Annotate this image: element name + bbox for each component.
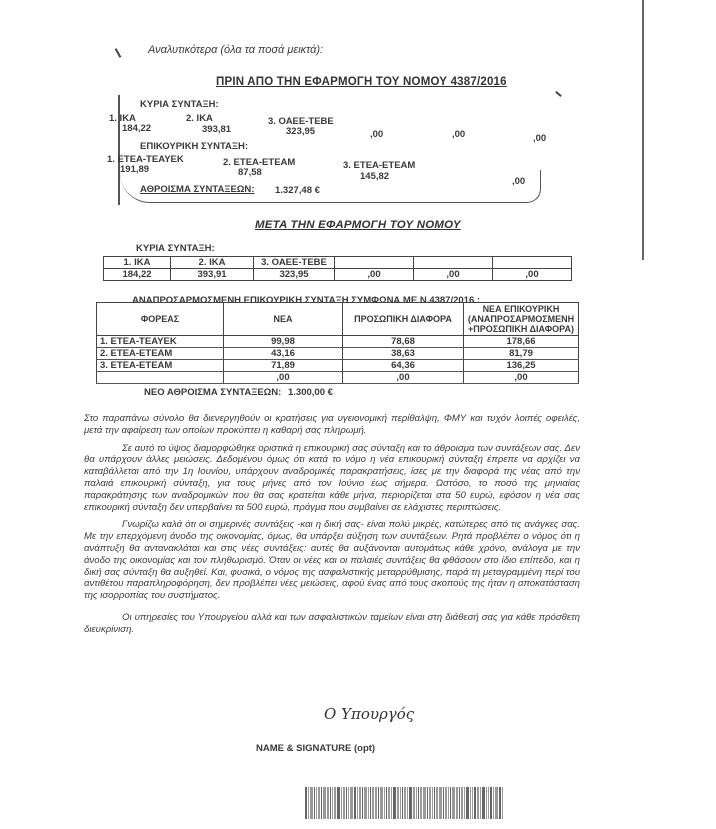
before-total: 1.327,48 €: [275, 185, 320, 196]
main-amount-2: 393,91: [171, 269, 254, 281]
before-main-amount-1: 184,22: [122, 123, 151, 134]
barcode-bar: [380, 787, 383, 819]
barcode: [305, 787, 530, 819]
barcode-bar: [332, 787, 333, 819]
cell-personal-diff: ,00: [343, 372, 464, 384]
barcode-bar: [420, 787, 422, 819]
scan-mark: [115, 48, 122, 58]
new-total: 1.300,00 €: [288, 387, 333, 398]
barcode-bar: [310, 787, 313, 819]
cell-fund: [97, 372, 224, 384]
cell-new-aux: ,00: [464, 372, 579, 384]
main-amount-1: 184,22: [104, 269, 171, 281]
table-row: 2. ΕΤΕΑ-ΕΤΕΑΜ 43,16 38,63 81,79: [97, 348, 579, 360]
barcode-bar: [470, 787, 471, 819]
barcode-bar: [357, 787, 358, 819]
barcode-bar: [402, 787, 403, 819]
before-main-label: ΚΥΡΙΑ ΣΥΝΤΑΞΗ:: [140, 99, 219, 110]
barcode-bar: [409, 787, 412, 819]
barcode-bar: [350, 787, 353, 819]
barcode-bar: [477, 787, 479, 819]
cell-new-aux: 136,25: [464, 360, 579, 372]
main-fund-1: 1. ΙΚΑ: [104, 257, 171, 269]
paragraph-future-increase: Γνωρίζω καλά ότι οι σημερινές συντάξεις …: [84, 519, 580, 602]
paragraph-deductions: Στο παραπάνω σύνολο θα διενεργηθούν οι κ…: [84, 413, 580, 437]
cell-new-aux: 81,79: [464, 348, 579, 360]
barcode-bar: [413, 787, 415, 819]
barcode-bar: [404, 787, 406, 819]
barcode-bar: [488, 787, 489, 819]
before-main-extra-1: ,00: [370, 129, 383, 140]
col-header-fund: ΦΟΡΕΑΣ: [97, 303, 224, 336]
table-row: ,00 ,00 ,00: [97, 372, 579, 384]
barcode-bar: [316, 787, 317, 819]
barcode-bar: [321, 787, 322, 819]
before-main-extra-3: ,00: [533, 133, 546, 144]
barcode-bar: [423, 787, 426, 819]
barcode-bar: [314, 787, 315, 819]
barcode-bar: [474, 787, 476, 819]
paragraph-final-amount: Σε αυτό το ύψος διαμορφώθηκε οριστικά η …: [84, 443, 580, 514]
col-header-personal-diff: ΠΡΟΣΩΠΙΚΗ ΔΙΑΦΟΡΑ: [343, 303, 464, 336]
main-amount-5: ,00: [414, 269, 493, 281]
barcode-bar: [434, 787, 435, 819]
barcode-bar: [305, 787, 307, 819]
barcode-bar: [388, 787, 390, 819]
barcode-bar: [495, 787, 498, 819]
table-row: 3. ΕΤΕΑ-ΕΤΕΑΜ 71,89 64,36 136,25: [97, 360, 579, 372]
cell-personal-diff: 64,36: [343, 360, 464, 372]
barcode-bar: [348, 787, 349, 819]
barcode-bar: [372, 787, 374, 819]
before-total-label: ΑΘΡΟΙΣΜΑ ΣΥΝΤΑΞΕΩΝ:: [140, 184, 254, 195]
before-aux-label: ΕΠΙΚΟΥΡΙΚΗ ΣΥΝΤΑΞΗ:: [140, 141, 248, 152]
barcode-bar: [439, 787, 442, 819]
barcode-bar: [502, 787, 503, 819]
table-row: 1. ΕΤΕΑ-ΤΕΑΥΕΚ 99,98 78,68 178,66: [97, 336, 579, 348]
cell-new-aux: 178,66: [464, 336, 579, 348]
barcode-bar: [318, 787, 320, 819]
barcode-bar: [464, 787, 465, 819]
letter-body: Στο παραπάνω σύνολο θα διενεργηθούν οι κ…: [84, 413, 580, 642]
cell-personal-diff: 38,63: [343, 348, 464, 360]
barcode-bar: [466, 787, 469, 819]
col-header-new: ΝΕΑ: [224, 303, 343, 336]
main-fund-6: [493, 257, 572, 269]
cell-new: 99,98: [224, 336, 343, 348]
barcode-bar: [456, 787, 458, 819]
handwritten-signature: Ο Υπουργός: [324, 705, 414, 723]
signature-label: NAME & SIGNATURE (opt): [256, 743, 375, 754]
cell-new: 43,16: [224, 348, 343, 360]
cell-new: 71,89: [224, 360, 343, 372]
before-aux-amount-1: 191,89: [120, 164, 149, 175]
barcode-bar: [375, 787, 377, 819]
barcode-bar: [346, 787, 347, 819]
page-edge-line: [642, 0, 644, 260]
after-main-label: ΚΥΡΙΑ ΣΥΝΤΑΞΗ:: [136, 243, 215, 254]
main-fund-5: [414, 257, 493, 269]
barcode-bar: [359, 787, 361, 819]
cell-personal-diff: 78,68: [343, 336, 464, 348]
barcode-bar: [459, 787, 460, 819]
barcode-bar: [472, 787, 473, 819]
barcode-bar: [370, 787, 371, 819]
main-fund-2: 2. ΙΚΑ: [171, 257, 254, 269]
before-aux-amount-3: 145,82: [360, 171, 389, 182]
before-aux-amount-2: 87,58: [238, 167, 262, 178]
barcode-bar: [364, 787, 367, 819]
paragraph-services: Οι υπηρεσίες του Υπουργείου αλλά και των…: [84, 612, 580, 636]
barcode-bar: [400, 787, 401, 819]
cell-fund: 3. ΕΤΕΑ-ΕΤΕΑΜ: [97, 360, 224, 372]
barcode-bar: [499, 787, 501, 819]
barcode-bar: [330, 787, 331, 819]
barcode-bar: [443, 787, 444, 819]
barcode-bar: [480, 787, 481, 819]
main-amount-6: ,00: [493, 269, 572, 281]
main-pension-table: 1. ΙΚΑ 2. ΙΚΑ 3. ΟΑΕΕ-ΤΕΒΕ 184,22 393,91…: [103, 256, 572, 281]
before-main-amount-3: 323,95: [286, 126, 315, 137]
cell-new: ,00: [224, 372, 343, 384]
barcode-bar: [362, 787, 363, 819]
before-main-fund-2: 2. ΙΚΑ: [186, 113, 213, 124]
barcode-bar: [368, 787, 369, 819]
before-aux-extra: ,00: [512, 176, 525, 187]
barcode-bar: [429, 787, 431, 819]
barcode-bar: [436, 787, 438, 819]
barcode-bar: [391, 787, 392, 819]
barcode-bar: [452, 787, 455, 819]
before-heading: ΠΡΙΝ ΑΠΟ ΤΗΝ ΕΦΑΡΜΟΓΗ ΤΟΥ ΝΟΜΟΥ 4387/201…: [216, 76, 507, 88]
barcode-bar: [448, 787, 449, 819]
barcode-bar: [308, 787, 309, 819]
barcode-bar: [450, 787, 451, 819]
barcode-bar: [354, 787, 356, 819]
barcode-bar: [337, 787, 340, 819]
barcode-bar: [490, 787, 492, 819]
main-fund-3: 3. ΟΑΕΕ-ΤΕΒΕ: [254, 257, 335, 269]
barcode-bar: [397, 787, 399, 819]
barcode-bar: [418, 787, 419, 819]
barcode-bar: [432, 787, 433, 819]
before-main-amount-2: 393,81: [202, 124, 231, 135]
barcode-bar: [334, 787, 336, 819]
barcode-bar: [486, 787, 487, 819]
barcode-bar: [427, 787, 428, 819]
barcode-bar: [378, 787, 379, 819]
barcode-bar: [327, 787, 329, 819]
barcode-bar: [482, 787, 485, 819]
main-fund-4: [335, 257, 414, 269]
barcode-bar: [384, 787, 385, 819]
main-amount-4: ,00: [335, 269, 414, 281]
barcode-bar: [393, 787, 396, 819]
main-amount-3: 323,95: [254, 269, 335, 281]
scan-mark: [555, 91, 562, 97]
barcode-bar: [386, 787, 387, 819]
intro-text: Αναλυτικότερα (όλα τα ποσά μεικτά):: [148, 44, 323, 56]
col-header-new-aux: ΝΕΑ ΕΠΙΚΟΥΡΙΚΗ (ΑΝΑΠΡΟΣΑΡΜΟΣΜΕΝΗ +ΠΡΟΣΩΠ…: [464, 303, 579, 336]
barcode-bar: [341, 787, 342, 819]
barcode-bar: [493, 787, 494, 819]
bracket-mark: [118, 95, 120, 205]
aux-pension-table: ΦΟΡΕΑΣ ΝΕΑ ΠΡΟΣΩΠΙΚΗ ΔΙΑΦΟΡΑ ΝΕΑ ΕΠΙΚΟΥΡ…: [96, 302, 579, 384]
before-main-extra-2: ,00: [452, 129, 465, 140]
cell-fund: 1. ΕΤΕΑ-ΤΕΑΥΕΚ: [97, 336, 224, 348]
barcode-bar: [407, 787, 408, 819]
after-heading: ΜΕΤΑ ΤΗΝ ΕΦΑΡΜΟΓΗ ΤΟΥ ΝΟΜΟΥ: [255, 219, 461, 231]
new-total-label: ΝΕΟ ΑΘΡΟΙΣΜΑ ΣΥΝΤΑΞΕΩΝ:: [144, 387, 281, 398]
barcode-bar: [445, 787, 447, 819]
before-aux-fund-3: 3. ΕΤΕΑ-ΕΤΕΑΜ: [343, 160, 415, 171]
barcode-bar: [343, 787, 345, 819]
cell-fund: 2. ΕΤΕΑ-ΕΤΕΑΜ: [97, 348, 224, 360]
barcode-bar: [461, 787, 463, 819]
barcode-bar: [323, 787, 326, 819]
barcode-bar: [416, 787, 417, 819]
